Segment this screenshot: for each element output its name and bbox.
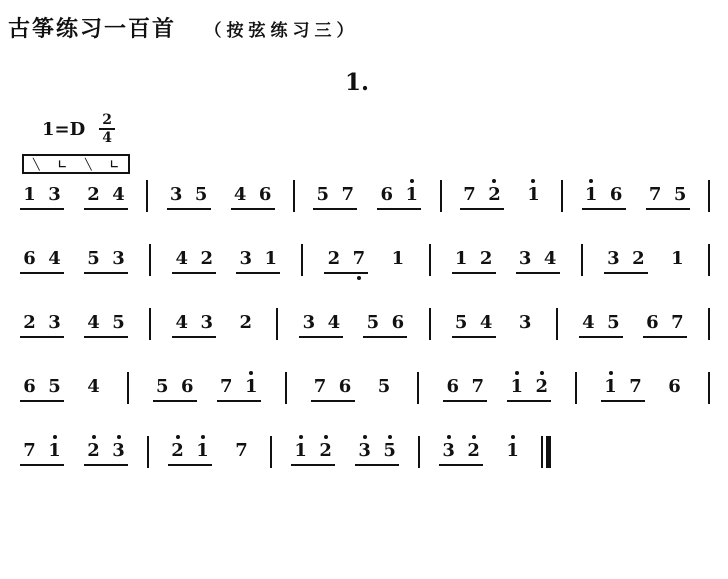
fingering-symbol: ∟ (58, 159, 67, 170)
octave-up-dot (117, 435, 121, 439)
note: 1 (391, 248, 404, 270)
note: 7 (649, 184, 662, 206)
note: 7 (314, 376, 327, 398)
score-line: 65456717656712176 (20, 372, 710, 412)
note-group: 1 (388, 248, 407, 272)
note-group: 1 (503, 440, 522, 464)
measure: 217 (168, 436, 251, 466)
barline (285, 372, 287, 404)
note: 1 (527, 184, 540, 206)
note-group: 75 (646, 184, 690, 210)
note: 3 (607, 248, 620, 270)
note-group: 57 (313, 184, 357, 210)
measure: 654 (20, 372, 103, 402)
note: 6 (23, 376, 36, 398)
note-group: 45 (84, 312, 128, 338)
octave-up-dot (492, 179, 496, 183)
piece-number: 1. (0, 69, 728, 96)
note: 4 (87, 376, 100, 398)
score-line: 234543234565434567 (20, 308, 710, 348)
note-group: 1 (524, 184, 543, 208)
measure: 3456 (299, 308, 407, 338)
measure: 4567 (579, 308, 687, 338)
note: 5 (112, 312, 125, 334)
note: 7 (220, 376, 233, 398)
note-group: 61 (377, 184, 421, 210)
measure: 321 (604, 244, 687, 274)
note: 3 (112, 248, 125, 270)
note-group: 76 (311, 376, 355, 402)
note: 7 (341, 184, 354, 206)
note: 3 (48, 312, 61, 334)
note: 2 (239, 312, 252, 334)
time-signature-denominator: 4 (102, 130, 112, 146)
octave-up-dot (410, 179, 414, 183)
note-group: 54 (452, 312, 496, 338)
time-signature: 2 4 (99, 113, 115, 145)
note: 2 (319, 440, 332, 462)
fingering-symbol: ╲ (33, 159, 40, 170)
note-group: 31 (236, 248, 280, 274)
barline (418, 436, 420, 468)
note-group: 35 (355, 440, 399, 466)
octave-up-dot (249, 371, 253, 375)
fingering-symbol: ∟ (110, 159, 119, 170)
note: 4 (327, 312, 340, 334)
note: 1 (604, 376, 617, 398)
note: 3 (442, 440, 455, 462)
note-group: 72 (460, 184, 504, 210)
score-line: 1324354657617211675 (20, 180, 710, 220)
octave-up-dot (511, 435, 515, 439)
note-group: 64 (20, 248, 64, 274)
octave-up-dot (531, 179, 535, 183)
measure: 176 (601, 372, 684, 402)
note: 3 (519, 248, 532, 270)
note-group: 23 (84, 440, 128, 466)
measure: 765 (311, 372, 394, 402)
barline (301, 244, 303, 276)
note: 7 (671, 312, 684, 334)
octave-up-dot (201, 435, 205, 439)
note: 1 (23, 184, 36, 206)
note: 7 (352, 248, 365, 270)
octave-up-dot (515, 371, 519, 375)
page-title: 古筝练习一百首 (8, 16, 176, 41)
final-barline-thin (541, 436, 543, 468)
note: 3 (170, 184, 183, 206)
note: 5 (455, 312, 468, 334)
note: 6 (181, 376, 194, 398)
note: 1 (196, 440, 209, 462)
note: 6 (259, 184, 272, 206)
measure: 2345 (20, 308, 128, 338)
note-group: 42 (172, 248, 216, 274)
note: 7 (629, 376, 642, 398)
note: 3 (302, 312, 315, 334)
barline (429, 244, 431, 276)
note: 3 (358, 440, 371, 462)
measure: 321 (439, 436, 522, 466)
note-group: 17 (601, 376, 645, 402)
measure: 7123 (20, 436, 128, 466)
note-group: 12 (452, 248, 496, 274)
note: 2 (200, 248, 213, 270)
barline (276, 308, 278, 340)
measure: 271 (324, 244, 407, 274)
note: 4 (48, 248, 61, 270)
note: 4 (175, 248, 188, 270)
note: 5 (195, 184, 208, 206)
note-group: 21 (168, 440, 212, 466)
score-line: 645342312711234321 (20, 244, 710, 284)
score-line: 71232171235321 (20, 436, 551, 476)
measure: 5671 (153, 372, 261, 402)
measure: 721 (460, 180, 543, 210)
measure: 6712 (443, 372, 551, 402)
note: 6 (23, 248, 36, 270)
note: 5 (156, 376, 169, 398)
note-group: 32 (604, 248, 648, 274)
note-group: 45 (579, 312, 623, 338)
barline (561, 180, 563, 212)
note-group: 56 (363, 312, 407, 338)
barline (149, 244, 151, 276)
note: 5 (48, 376, 61, 398)
note-group: 71 (20, 440, 64, 466)
note: 1 (405, 184, 418, 206)
note: 4 (544, 248, 557, 270)
note-group: 32 (439, 440, 483, 466)
measure: 432 (172, 308, 255, 338)
measure: 6453 (20, 244, 128, 274)
note-group: 27 (324, 248, 368, 274)
note-group: 13 (20, 184, 64, 210)
note: 3 (200, 312, 213, 334)
sheet-music-page: 古筝练习一百首 （按弦练习三） 1. 1=D 2 4 ╲∟╲∟ 13243546… (0, 0, 728, 579)
note: 3 (519, 312, 532, 334)
note: 7 (235, 440, 248, 462)
note: 1 (585, 184, 598, 206)
note: 4 (175, 312, 188, 334)
note: 6 (339, 376, 352, 398)
octave-up-dot (589, 179, 593, 183)
end-barline (708, 180, 710, 212)
note-group: 23 (20, 312, 64, 338)
note: 5 (87, 248, 100, 270)
note-group: 46 (231, 184, 275, 210)
octave-up-dot (92, 435, 96, 439)
note: 4 (480, 312, 493, 334)
note-group: 16 (582, 184, 626, 210)
note: 4 (112, 184, 125, 206)
note-group: 43 (172, 312, 216, 338)
final-double-barline (541, 436, 551, 468)
fingering-symbol: ╲ (85, 159, 92, 170)
measure: 543 (452, 308, 535, 338)
note: 2 (535, 376, 548, 398)
note-group: 34 (299, 312, 343, 338)
note: 1 (510, 376, 523, 398)
note: 2 (632, 248, 645, 270)
note: 5 (674, 184, 687, 206)
note-group: 1 (668, 248, 687, 272)
octave-up-dot (609, 371, 613, 375)
note: 3 (48, 184, 61, 206)
note: 2 (467, 440, 480, 462)
octave-up-dot (363, 435, 367, 439)
octave-up-dot (447, 435, 451, 439)
note-group: 3 (516, 312, 535, 336)
measure: 1234 (452, 244, 560, 274)
note: 6 (391, 312, 404, 334)
barline (556, 308, 558, 340)
note-group: 34 (516, 248, 560, 274)
note-group: 4 (84, 376, 103, 400)
note: 5 (378, 376, 391, 398)
note-group: 2 (236, 312, 255, 336)
barline (429, 308, 431, 340)
end-barline (708, 244, 710, 276)
barline (575, 372, 577, 404)
octave-up-dot (540, 371, 544, 375)
barline (270, 436, 272, 468)
note-group: 35 (167, 184, 211, 210)
note: 5 (383, 440, 396, 462)
note-group: 24 (84, 184, 128, 210)
note: 4 (87, 312, 100, 334)
note-group: 12 (507, 376, 551, 402)
octave-up-dot (53, 435, 57, 439)
final-barline-thick (546, 436, 551, 468)
measure: 1675 (582, 180, 690, 210)
note-group: 67 (443, 376, 487, 402)
octave-up-dot (299, 435, 303, 439)
barline (581, 244, 583, 276)
measure: 3546 (167, 180, 275, 210)
time-signature-numerator: 2 (99, 113, 115, 130)
measure: 1324 (20, 180, 128, 210)
note: 7 (471, 376, 484, 398)
note-group: 67 (643, 312, 687, 338)
note-group: 7 (232, 440, 251, 464)
barline (147, 436, 149, 468)
note-group: 12 (291, 440, 335, 466)
note-group: 56 (153, 376, 197, 402)
note: 1 (455, 248, 468, 270)
note: 2 (87, 184, 100, 206)
note: 1 (264, 248, 277, 270)
note: 2 (480, 248, 493, 270)
barline (146, 180, 148, 212)
key-signature: 1=D (42, 119, 85, 140)
note: 6 (668, 376, 681, 398)
note: 2 (23, 312, 36, 334)
note: 5 (366, 312, 379, 334)
note: 1 (671, 248, 684, 270)
end-barline (708, 308, 710, 340)
note-group: 5 (375, 376, 394, 400)
header: 古筝练习一百首 （按弦练习三） (0, 0, 728, 43)
end-barline (708, 372, 710, 404)
note: 2 (171, 440, 184, 462)
note: 3 (112, 440, 125, 462)
key-time-signature-row: 1=D 2 4 (42, 114, 728, 144)
score: 1324354657617211675645342312711234321234… (20, 180, 710, 476)
octave-up-dot (324, 435, 328, 439)
measure: 5761 (313, 180, 421, 210)
note-group: 53 (84, 248, 128, 274)
octave-up-dot (472, 435, 476, 439)
note: 7 (463, 184, 476, 206)
barline (293, 180, 295, 212)
note: 7 (23, 440, 36, 462)
note: 1 (294, 440, 307, 462)
octave-up-dot (176, 435, 180, 439)
note: 2 (327, 248, 340, 270)
note: 2 (488, 184, 501, 206)
barline (149, 308, 151, 340)
note: 4 (582, 312, 595, 334)
note-group: 71 (217, 376, 261, 402)
note: 3 (239, 248, 252, 270)
note: 5 (607, 312, 620, 334)
measure: 1235 (291, 436, 399, 466)
note-group: 65 (20, 376, 64, 402)
barline (440, 180, 442, 212)
note: 6 (610, 184, 623, 206)
note: 6 (446, 376, 459, 398)
note: 5 (316, 184, 329, 206)
note: 1 (506, 440, 519, 462)
page-subtitle: （按弦练习三） (204, 21, 358, 40)
note: 4 (234, 184, 247, 206)
octave-down-dot (357, 276, 361, 280)
barline (127, 372, 129, 404)
note: 6 (646, 312, 659, 334)
note: 1 (48, 440, 61, 462)
note: 1 (245, 376, 258, 398)
note: 6 (380, 184, 393, 206)
measure: 4231 (172, 244, 280, 274)
note: 2 (87, 440, 100, 462)
note-group: 6 (665, 376, 684, 400)
barline (417, 372, 419, 404)
fingering-box: ╲∟╲∟ (22, 154, 130, 174)
octave-up-dot (388, 435, 392, 439)
